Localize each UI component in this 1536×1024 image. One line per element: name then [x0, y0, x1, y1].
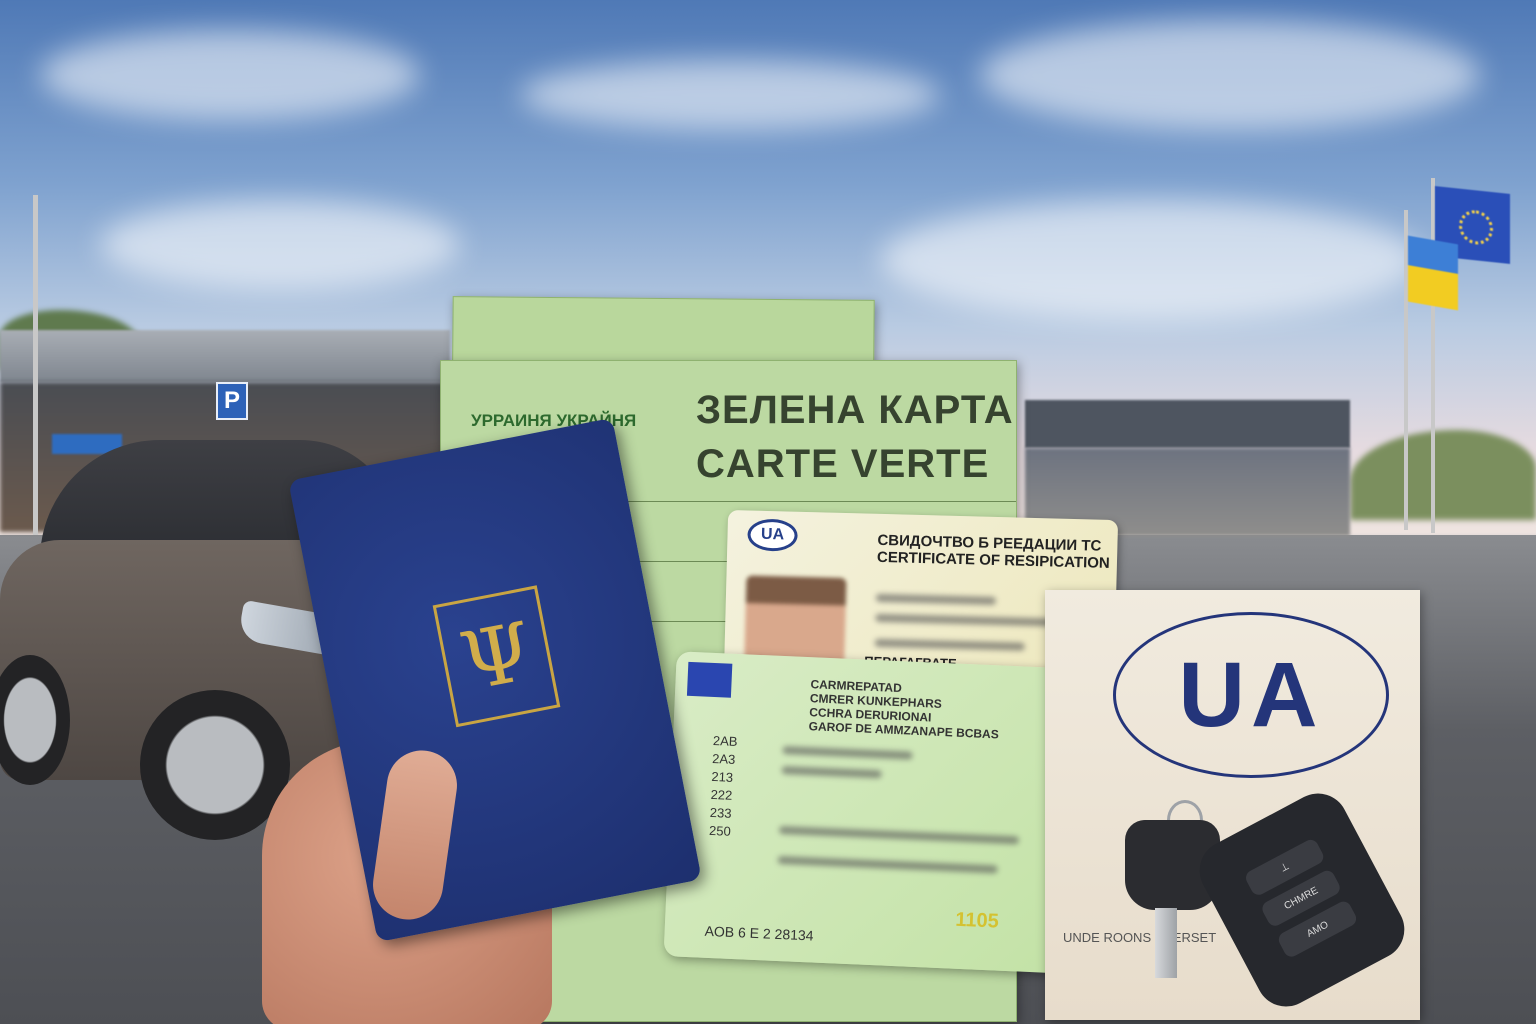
right-checkpoint-building — [1025, 400, 1350, 535]
hologram-number: 1105 — [955, 909, 999, 934]
ukraine-flag-icon — [1408, 236, 1458, 311]
cloud — [40, 30, 420, 120]
cloud — [980, 20, 1480, 130]
redacted-field — [875, 639, 1025, 651]
parking-sign-icon: P — [216, 382, 248, 420]
building-roof — [1025, 400, 1350, 448]
ua-badge: UA — [747, 518, 798, 551]
key-blade — [1155, 908, 1177, 978]
field-number: 213 — [711, 769, 733, 785]
field-number: 2A3 — [712, 751, 736, 767]
title-ukrainian: ЗЕЛЕНА КАРТА — [696, 383, 1014, 437]
cloud — [100, 200, 460, 290]
border-checkpoint-scene: P УРРАИНЯ УКРАЙНЯ ЗЕЛЕНА КАРТА CARTE VER… — [0, 0, 1536, 1024]
redacted-field — [782, 766, 882, 778]
title-french: CARTE VERTE — [696, 437, 1014, 491]
driving-license: CARMREPATAD CMRER KUNKEPHARS CCHRA DERUR… — [664, 651, 1082, 973]
license-number: AOB 6 E 2 28134 — [704, 923, 814, 944]
cloud — [880, 200, 1420, 320]
trident-icon: Ψ — [433, 585, 561, 727]
field-number: 222 — [710, 787, 732, 803]
redacted-field — [778, 856, 998, 874]
license-header: CARMREPATAD CMRER KUNKEPHARS CCHRA DERUR… — [808, 677, 1000, 741]
field-number: 250 — [709, 823, 731, 839]
redacted-field — [876, 594, 996, 605]
eu-flag-mini-icon — [687, 662, 732, 698]
redacted-field — [779, 826, 1019, 844]
hill — [1350, 430, 1536, 520]
ua-country-sticker: UA — [1113, 612, 1389, 778]
field-number: 2AB — [713, 733, 738, 749]
field-number: 233 — [710, 805, 732, 821]
redacted-field — [875, 614, 1055, 627]
canopy-roof — [0, 330, 450, 382]
eu-stars — [1459, 209, 1493, 247]
registration-title: СВИДОЧТВО Б РЕЕДАЦИИ ТС CERTIFICATE OF R… — [877, 532, 1111, 572]
green-card-title: ЗЕЛЕНА КАРТА CARTE VERTE — [696, 383, 1014, 491]
cloud — [520, 60, 940, 130]
redacted-field — [782, 746, 912, 760]
